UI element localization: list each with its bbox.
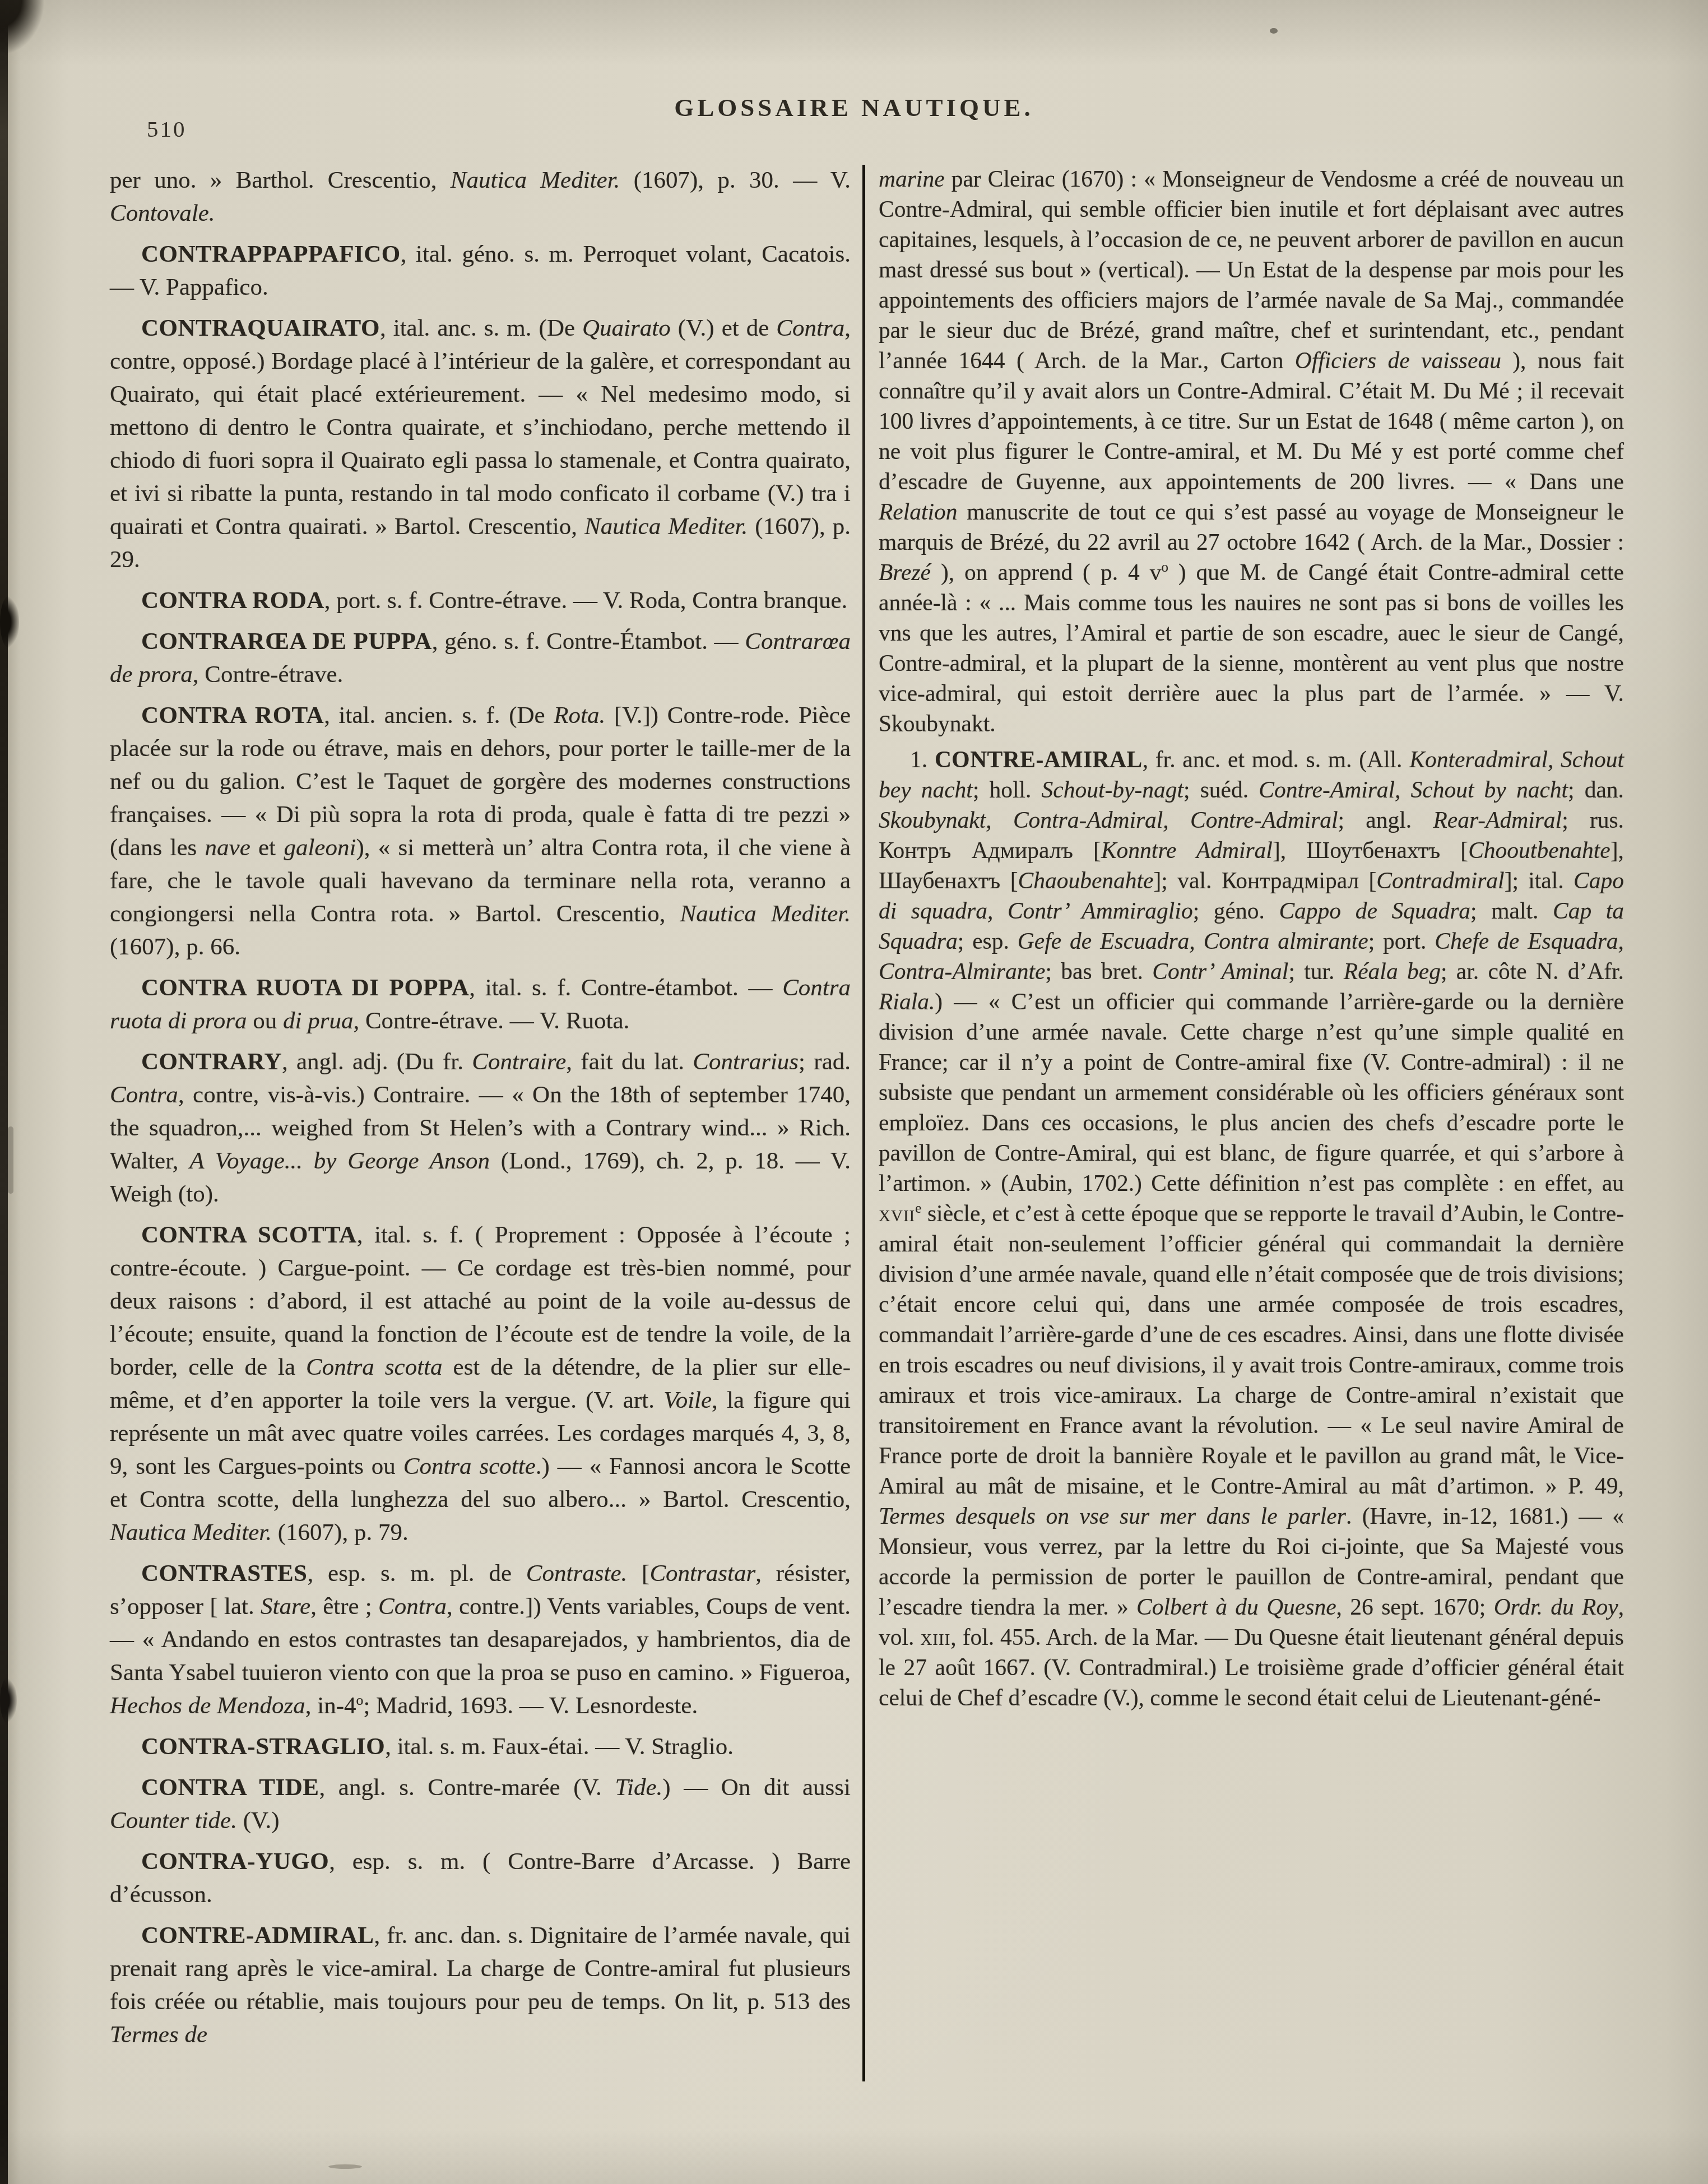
italic-run: di prua [283, 1008, 353, 1034]
italic-run: Contr’ Aminal [1152, 958, 1288, 984]
headword: CONTRA RUOTA DI POPPA [141, 975, 469, 1001]
superscript-run: e [915, 1201, 921, 1216]
entry-paragraph: CONTRARŒA DE PUPPA, géno. s. f. Contre-É… [110, 625, 851, 691]
text-run: , ital. s. f. Contre-étambot. — [469, 975, 782, 1001]
italic-run: Contovale. [110, 200, 215, 226]
smallcaps-run: xiii [920, 1624, 950, 1650]
headword: CONTRARŒA DE PUPPA [141, 628, 432, 655]
text-run: ; esp. [958, 928, 1018, 954]
italic-run: Termes de [110, 2021, 207, 2048]
text-run: ; malt. [1470, 898, 1553, 924]
text-run: ; holl. [973, 777, 1042, 803]
text-run: ), on apprend ( p. 4 v [931, 559, 1161, 585]
italic-run: Contra [378, 1593, 447, 1620]
italic-run: Ordr. du Roy [1494, 1594, 1618, 1620]
italic-run: Contra [776, 315, 844, 341]
italic-run: Schout-by-nagt [1042, 777, 1184, 803]
text-run: ou [247, 1008, 284, 1034]
italic-run: Contrastar [649, 1560, 755, 1587]
italic-run: Chaoubenahte [1018, 868, 1153, 893]
superscript-run: o [356, 1692, 363, 1708]
entry-paragraph: marine par Cleirac (1670) : « Monseigneu… [879, 164, 1624, 739]
text-run: , Contre-étrave. [193, 661, 344, 688]
text-run: , esp. s. m. pl. de [308, 1560, 526, 1587]
entry-paragraph: CONTRA SCOTTA, ital. s. f. ( Proprement … [110, 1218, 851, 1549]
text-run: , Contre-étrave. — V. Ruota. [353, 1008, 629, 1034]
italic-run: Riala. [879, 989, 935, 1014]
italic-run: A Voyage... by George Anson [189, 1148, 490, 1174]
headword: CONTRA RODA [141, 587, 324, 614]
text-run: , angl. adj. (Du fr. [282, 1049, 472, 1075]
text-run: (1607), p. 66. [110, 934, 240, 960]
headword: CONTRE-AMIRAL [935, 746, 1143, 772]
text-run: , fait du lat. [566, 1049, 693, 1075]
headword: CONTRE-ADMIRAL [141, 1922, 374, 1949]
text-run: (1607), p. 30. — V. [620, 167, 851, 193]
italic-run: Nautica Mediter. [110, 1519, 272, 1546]
text-run: ]; ital. [1505, 868, 1574, 893]
italic-run: Officiers de vaisseau [1295, 347, 1501, 373]
text-run: (1607), p. 79. [272, 1519, 409, 1546]
italic-run: Nautica Mediter. [451, 167, 620, 193]
text-run: par Cleirac (1670) : « Monseigneur de Ve… [879, 166, 1624, 373]
italic-run: Contre-Amiral, Schout by nacht [1259, 777, 1568, 803]
entry-paragraph: CONTRASTES, esp. s. m. pl. de Contraste.… [110, 1557, 851, 1722]
text-run: ; rad. [799, 1049, 851, 1075]
italic-run: Chooutbenahte [1468, 837, 1610, 863]
text-run: , ital. anc. s. m. (De [380, 315, 582, 341]
italic-run: Tide. [615, 1774, 662, 1801]
entry-paragraph: CONTRA TIDE, angl. s. Contre-marée (V. T… [110, 1771, 851, 1837]
entry-paragraph: CONTRA-STRAGLIO, ital. s. m. Faux-étai. … [110, 1730, 851, 1763]
text-run: ; dan. [1568, 777, 1624, 803]
entry-paragraph: CONTRAPPAPPAFICO, ital. géno. s. m. Perr… [110, 238, 851, 304]
right-column: marine par Cleirac (1670) : « Monseigneu… [879, 164, 1624, 1718]
entry-paragraph: CONTRA RODA, port. s. f. Contre-étrave. … [110, 584, 851, 617]
text-run: , 26 sept. 1670; [1336, 1594, 1494, 1620]
italic-run: Nautica Mediter. [680, 901, 851, 927]
italic-run: Voile [663, 1387, 712, 1413]
italic-run: Cappo de Squadra [1279, 898, 1470, 924]
italic-run: Nautica Mediter. [584, 513, 748, 540]
italic-run: Contraste. [526, 1560, 627, 1587]
entry-paragraph: CONTRARY, angl. adj. (Du fr. Contraire, … [110, 1045, 851, 1211]
text-run: ) que M. de Cangé était Contre-admiral c… [879, 559, 1624, 736]
italic-run: marine [879, 166, 945, 192]
text-run: ; ar. côte N. d’Afr. [1441, 958, 1624, 984]
left-column: per uno. » Barthol. Crescentio, Nautica … [110, 164, 851, 2059]
italic-run: galeoni [284, 834, 356, 861]
headword: CONTRAPPAPPAFICO [141, 241, 401, 267]
headword: CONTRA ROTA [141, 702, 324, 729]
scan-artifact-corner [0, 0, 44, 54]
text-run: ; tur. [1288, 958, 1343, 984]
headword: CONTRA-STRAGLIO [141, 1733, 385, 1760]
headword: CONTRASTES [141, 1560, 308, 1587]
italic-run: nave [205, 834, 250, 861]
scan-artifact-speck [8, 1126, 13, 1194]
text-run: , être ; [310, 1593, 378, 1620]
text-run: ; angl. [1338, 807, 1433, 833]
text-run: ; géno. [1193, 898, 1279, 924]
italic-run: Konntre Admiral [1101, 837, 1273, 863]
italic-run: Contra scotta [306, 1354, 443, 1380]
italic-run: Contradmiral [1376, 868, 1504, 893]
text-run: ; bas bret. [1045, 958, 1152, 984]
italic-run: Quairato [582, 315, 671, 341]
italic-run: Réala beg [1344, 958, 1441, 984]
text-run: , fol. 455. Arch. de la Mar. — Du Quesne… [879, 1624, 1624, 1710]
italic-run: Gefe de Escuadra, Contra almirante [1018, 928, 1368, 954]
entry-paragraph: CONTRA RUOTA DI POPPA, ital. s. f. Contr… [110, 971, 851, 1037]
scan-artifact-blob [0, 1677, 17, 1724]
text-run: , ital. s. m. Faux-étai. — V. Straglio. [385, 1733, 734, 1760]
text-run: , ital. ancien. s. f. (De [324, 702, 554, 729]
text-run: , fr. anc. et mod. s. m. (All. [1143, 746, 1410, 772]
italic-run: Counter tide. [110, 1807, 237, 1834]
entry-paragraph: CONTRAQUAIRATO, ital. anc. s. m. (De Qua… [110, 312, 851, 576]
headword: CONTRAQUAIRATO [141, 315, 380, 341]
entry-paragraph: CONTRA ROTA, ital. ancien. s. f. (De Rot… [110, 699, 851, 963]
entry-paragraph: 1. CONTRE-AMIRAL, fr. anc. et mod. s. m.… [879, 744, 1624, 1713]
text-run: (V.) et de [671, 315, 777, 341]
superscript-run: o [1161, 560, 1168, 575]
text-run: [ [627, 1560, 649, 1587]
entry-paragraph: per uno. » Barthol. Crescentio, Nautica … [110, 164, 851, 230]
italic-run: Contrarius [693, 1049, 799, 1075]
italic-run: Rear-Admiral [1433, 807, 1562, 833]
text-run: , in-4 [305, 1693, 356, 1719]
running-title: GLOSSAIRE NAUTIQUE. [0, 93, 1708, 122]
text-run: , angl. s. Contre-marée (V. [319, 1774, 615, 1801]
scan-artifact-speck [1270, 28, 1278, 34]
text-run: , contre, opposé.) Bordage placé à l’int… [110, 315, 851, 540]
headword: CONTRA TIDE [141, 1774, 319, 1801]
text-run: ; suéd. [1183, 777, 1259, 803]
italic-run: Contraire [472, 1049, 566, 1075]
scan-artifact-gutter [0, 0, 8, 2184]
italic-run: Contra scotte [403, 1453, 536, 1480]
smallcaps-run: xvii [879, 1200, 915, 1226]
italic-run: Skoubynakt, Contra-Admiral, Contre-Admir… [879, 807, 1338, 833]
headword: CONTRARY [141, 1049, 282, 1075]
entry-paragraph: CONTRE-ADMIRAL, fr. anc. dan. s. Dignita… [110, 1919, 851, 2051]
scan-artifact-blob [0, 595, 19, 649]
text-run: ; port. [1368, 928, 1435, 954]
text-run: siècle, et c’est à cette époque que se r… [879, 1200, 1624, 1499]
italic-run: Stare [261, 1593, 310, 1620]
text-run: et [250, 834, 284, 861]
text-run: ) — « C’est un officier qui commande l’a… [879, 989, 1624, 1196]
text-run: , port. s. f. Contre-étrave. — V. Roda, … [324, 587, 847, 614]
italic-run: Brezé [879, 559, 931, 585]
italic-run: Rota. [554, 702, 605, 729]
italic-run: Relation [879, 499, 958, 525]
italic-run: Colbert à du Quesne [1136, 1594, 1336, 1620]
scanned-page: 510 GLOSSAIRE NAUTIQUE. per uno. » Barth… [0, 0, 1708, 2184]
text-run: ]; val. Контрадмірал [ [1154, 868, 1377, 893]
text-run: ; Madrid, 1693. — V. Lesnordeste. [363, 1693, 698, 1719]
headword: CONTRA-YUGO [141, 1848, 329, 1875]
entry-paragraph: CONTRA-YUGO, esp. s. m. ( Contre-Barre d… [110, 1845, 851, 1911]
text-run: 1. [910, 746, 935, 772]
italic-run: Hechos de Mendoza [110, 1693, 305, 1719]
text-run: per uno. » Barthol. Crescentio, [110, 167, 451, 193]
text-run: ], Шоутбенахтъ [ [1273, 837, 1468, 863]
italic-run: Contra [110, 1082, 178, 1108]
text-run: , géno. s. f. Contre-Étambot. — [432, 628, 745, 655]
text-run: ) — On dit aussi [662, 1774, 851, 1801]
italic-run: Termes desquels on vse sur mer dans le p… [879, 1503, 1346, 1529]
headword: CONTRA SCOTTA [141, 1222, 357, 1248]
column-divider-rule [862, 165, 865, 2081]
scan-artifact-speck [328, 2164, 362, 2169]
text-run: manuscrite de tout ce qui s’est passé au… [879, 499, 1624, 555]
text-run: (V.) [237, 1807, 280, 1834]
